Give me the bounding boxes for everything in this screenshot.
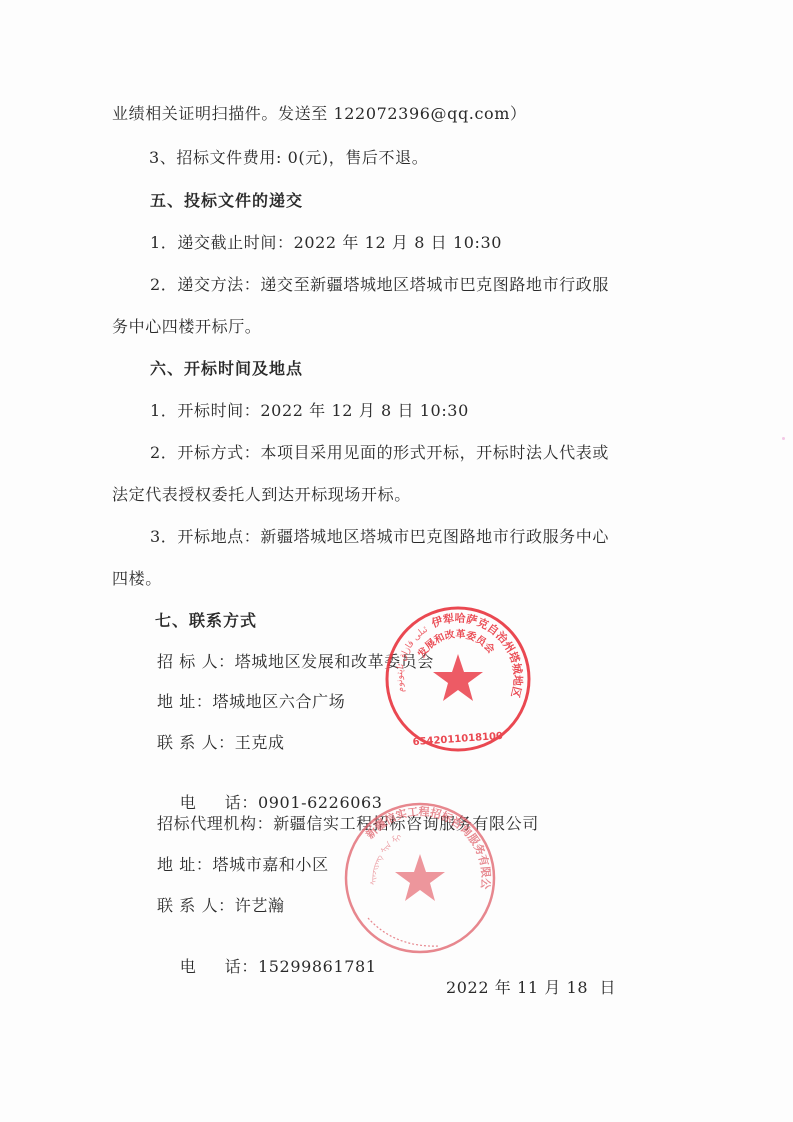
scan-speck	[782, 437, 785, 440]
agency-address-row: 地 址：塔城市嘉和小区	[157, 855, 329, 875]
agency-contact-value: 许艺瀚	[235, 896, 285, 915]
tenderer-value: 塔城地区发展和改革委员会	[235, 652, 434, 671]
agency-value: 新疆信实工程招标咨询服务有限公司	[273, 814, 539, 833]
official-seal-drc: 伊犁哈萨克自治州塔城地区 ئىلى قازاق ئاپتونوم 发展和改革委员…	[383, 604, 533, 754]
document-date: 2022 年 11 月 18 日	[446, 978, 616, 998]
agency-contact-row: 联 系 人：许艺瀚	[157, 896, 285, 916]
opening-method-line1: 2．开标方式：本项目采用见面的形式开标，开标时法人代表或	[150, 443, 609, 463]
tenderer-phone-label: 电 话：	[180, 793, 258, 813]
tenderer-address-row: 地 址：塔城地区六合广场	[157, 692, 345, 712]
opening-time: 1．开标时间：2022 年 12 月 8 日 10:30	[150, 401, 469, 421]
section-5-heading: 五、投标文件的递交	[150, 191, 303, 211]
tenderer-contact-row: 联 系 人：王克成	[157, 733, 285, 753]
opening-location-line1: 3．开标地点：新疆塔城地区塔城市巴克图路地市行政服务中心	[150, 527, 609, 547]
seal-drc-graphic: 伊犁哈萨克自治州塔城地区 ئىلى قازاق ئاپتونوم 发展和改革委员…	[383, 604, 533, 754]
opening-location-line2: 四楼。	[112, 569, 162, 589]
tenderer-address-value: 塔城地区六合广场	[213, 692, 346, 711]
tenderer-phone-value: 0901-6226063	[258, 793, 383, 812]
agency-phone-label: 电 话：	[180, 957, 258, 977]
svg-text:伊犁哈萨克自治州塔城地区: 伊犁哈萨克自治州塔城地区	[430, 611, 526, 699]
opening-method-line2: 法定代表授权委托人到达开标现场开标。	[112, 485, 411, 505]
agency-label: 招标代理机构：	[157, 814, 273, 834]
agency-row: 招标代理机构：新疆信实工程招标咨询服务有限公司	[157, 814, 539, 834]
agency-address-label: 地 址：	[157, 855, 213, 875]
agency-contact-label: 联 系 人：	[157, 896, 235, 916]
agency-phone-row: 电 话：15299861781	[157, 937, 377, 997]
tenderer-row: 招 标 人：塔城地区发展和改革委员会	[157, 652, 434, 672]
fee-item: 3、招标文件费用: 0(元)，售后不退。	[149, 148, 428, 168]
submission-deadline: 1．递交截止时间：2022 年 12 月 8 日 10:30	[150, 233, 502, 253]
submission-method-line1: 2．递交方法：递交至新疆塔城地区塔城市巴克图路地市行政服	[150, 275, 609, 295]
tenderer-label: 招 标 人：	[157, 652, 235, 672]
agency-address-value: 塔城市嘉和小区	[213, 855, 329, 874]
tenderer-address-label: 地 址：	[157, 692, 213, 712]
section-7-heading: 七、联系方式	[155, 611, 257, 631]
submission-method-line2: 务中心四楼开标厅。	[112, 317, 261, 337]
svg-text:ᠰᠢᠨᠵᠢᠶᠠᠩ ᠰᠢᠨ ᠱᠢ: ᠰᠢᠨᠵᠢᠶᠠᠩ ᠰᠢᠨ ᠱᠢ	[369, 833, 403, 885]
tenderer-contact-value: 王克成	[235, 733, 285, 752]
svg-text:6542011018100: 6542011018100	[412, 731, 503, 748]
section-6-heading: 六、开标时间及地点	[150, 359, 303, 379]
document-page: 业绩相关证明扫描件。发送至 122072396@qq.com） 3、招标文件费用…	[0, 0, 793, 1122]
agency-phone-value: 15299861781	[258, 957, 377, 976]
continuation-line: 业绩相关证明扫描件。发送至 122072396@qq.com）	[112, 104, 527, 124]
tenderer-contact-label: 联 系 人：	[157, 733, 235, 753]
